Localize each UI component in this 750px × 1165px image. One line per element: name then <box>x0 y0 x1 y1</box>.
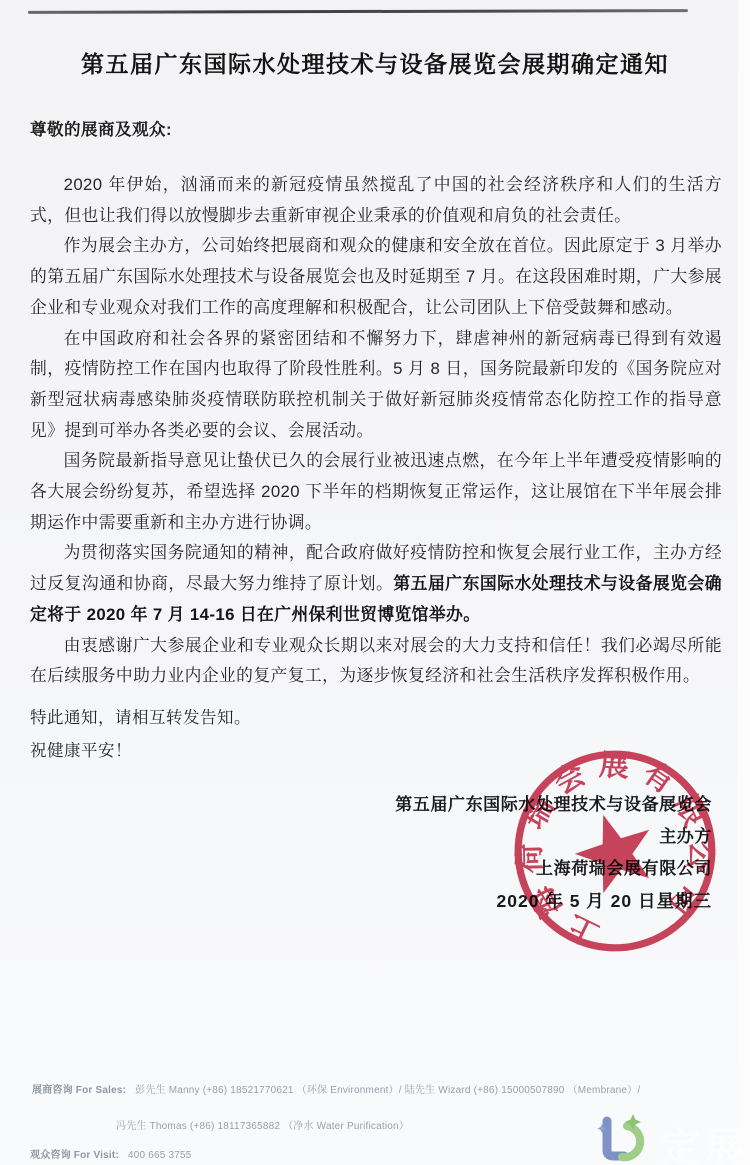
footer-sales-contacts-1: 彭先生 Manny (+86) 18521770621 （环保 Environm… <box>135 1085 640 1096</box>
site-watermark-text: 定展网 <box>660 1116 750 1165</box>
contact-footer: 展商咨询 For Sales: 彭先生 Manny (+86) 18521770… <box>0 0 750 1165</box>
footer-visit-line: 观众咨询 For Visit: 400 665 3755 <box>30 1146 192 1161</box>
scan-content: 第五届广东国际水处理技术与设备展览会展期确定通知 尊敬的展商及观众: 2020 … <box>0 0 750 1165</box>
footer-sales-contacts-2: 冯先生 Thomas (+86) 18117365882 （净水 Water P… <box>116 1121 409 1132</box>
footer-sales-label: 展商咨询 For Sales: <box>32 1085 126 1096</box>
site-logo-icon <box>597 1114 651 1165</box>
seal-star-icon <box>566 803 663 898</box>
scanned-notice-page: 第五届广东国际水处理技术与设备展览会展期确定通知 尊敬的展商及观众: 2020 … <box>0 0 750 1165</box>
footer-sales-line: 展商咨询 For Sales: 彭先生 Manny (+86) 18521770… <box>32 1081 640 1096</box>
footer-visit-phone: 400 665 3755 <box>128 1150 192 1161</box>
footer-visit-label: 观众咨询 For Visit: <box>30 1150 119 1161</box>
footer-sales-line-2: 冯先生 Thomas (+86) 18117365882 （净水 Water P… <box>116 1117 409 1132</box>
